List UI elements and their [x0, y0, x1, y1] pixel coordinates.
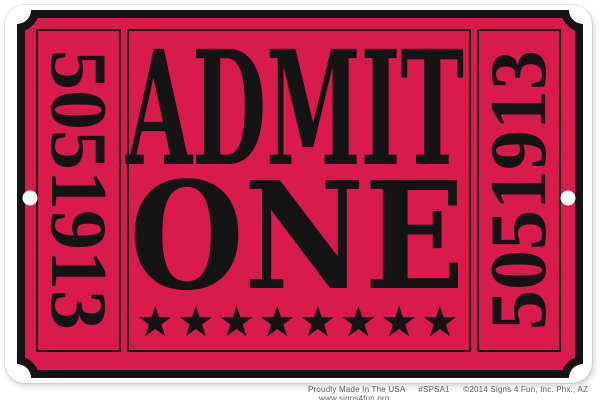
caption-copyright: ©2014 Signs 4 Fun, Inc. Phx., AZ — [463, 385, 588, 394]
headline-one: ONE — [129, 162, 465, 310]
caption-url: www.signs4fun.org — [319, 394, 390, 400]
star-row: ★★★★★★★★ — [136, 301, 461, 343]
serial-number-left: 5051913 — [38, 50, 118, 330]
caption-made-in: Proudly Made In The USA — [308, 385, 405, 394]
manufacturer-caption: Proudly Made In The USA #SPSA1 ©2014 Sig… — [308, 385, 600, 400]
serial-number-right: 5051913 — [479, 50, 559, 330]
product-photo: 5051913 5051913 ADMIT ONE ★★★★★★★★ Proud… — [0, 0, 600, 400]
caption-sku: #SPSA1 — [418, 385, 449, 394]
